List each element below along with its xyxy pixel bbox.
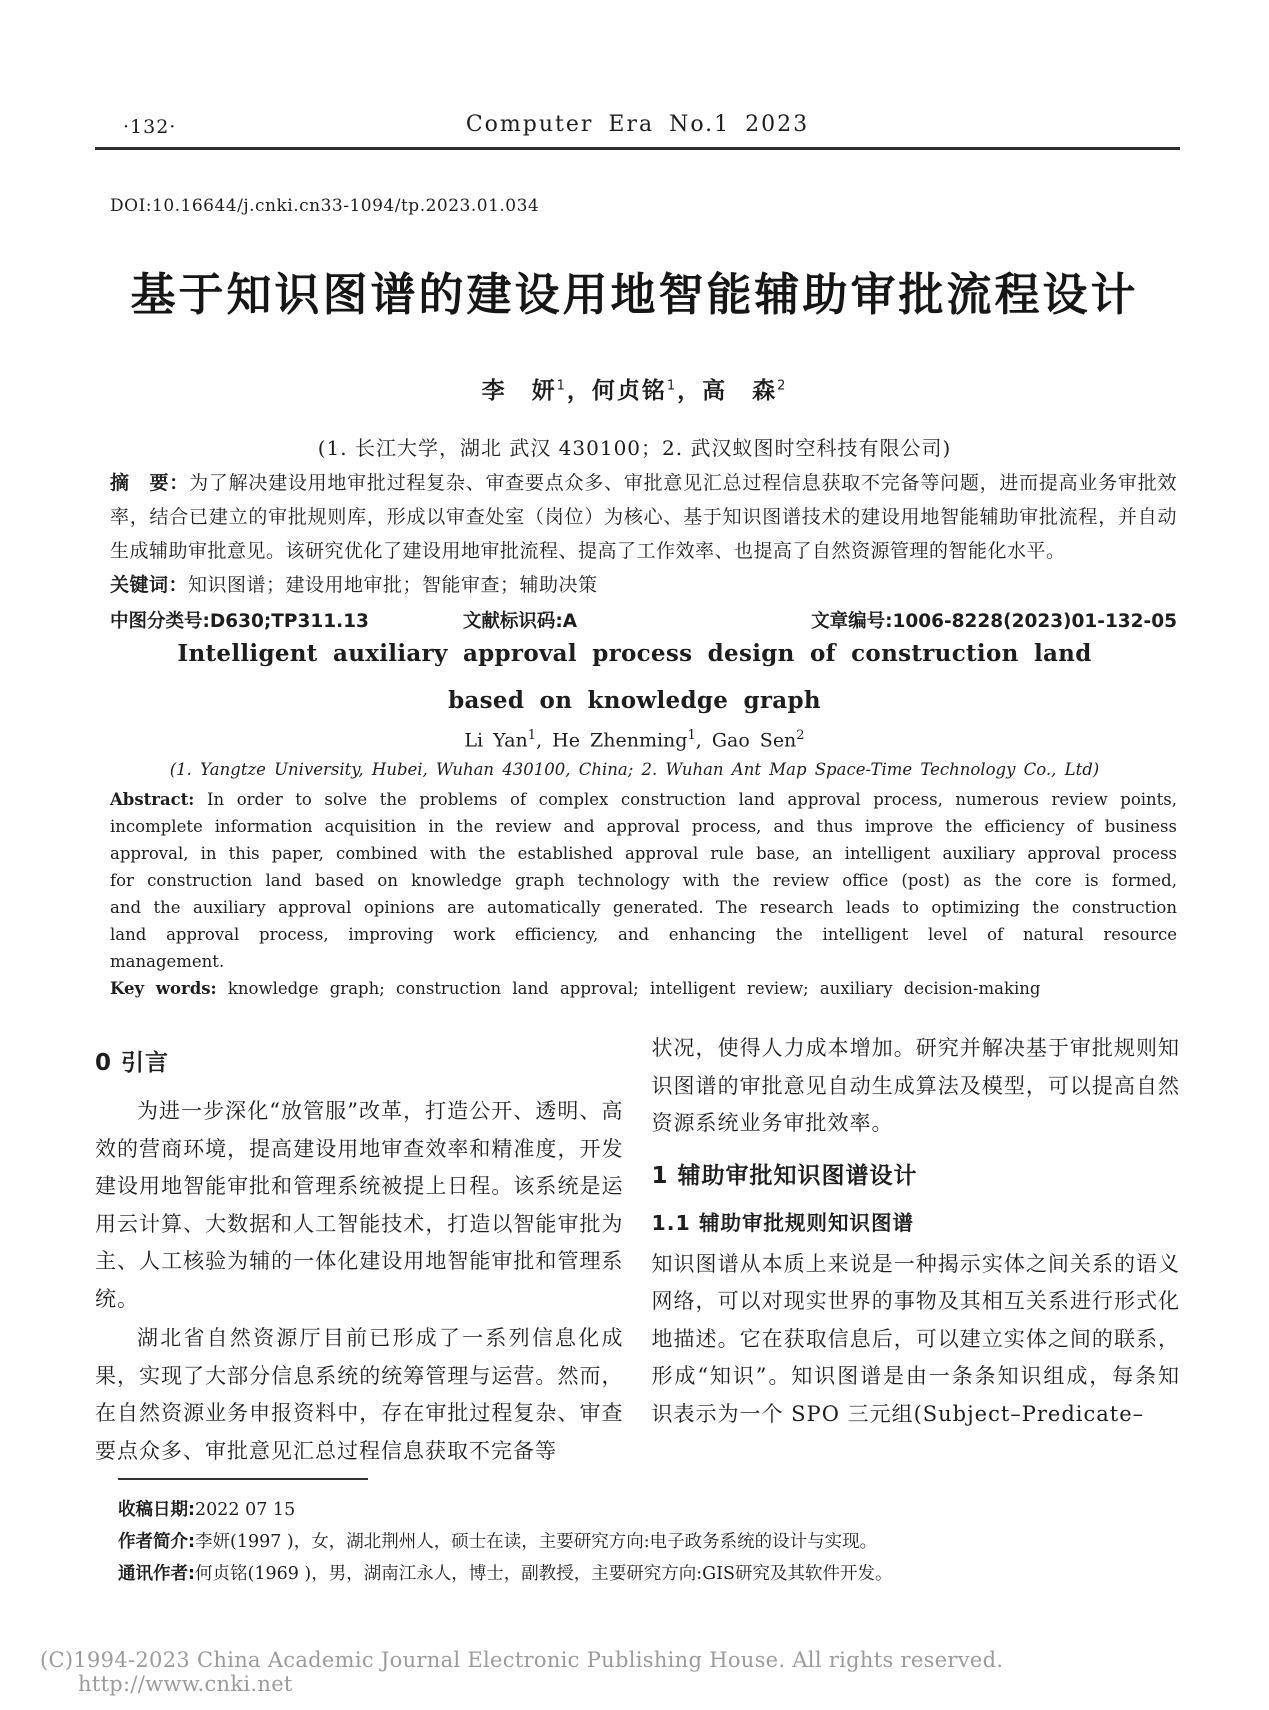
author-name: 何贞铭 bbox=[592, 378, 667, 404]
abstract-en-text: In order to solve the problems of comple… bbox=[110, 790, 1177, 971]
section-heading-1: 1 辅助审批知识图谱设计 bbox=[652, 1157, 1181, 1190]
author-superscript: 1 bbox=[557, 378, 567, 393]
page-header: ·132· Computer Era No.1 2023 bbox=[95, 112, 1180, 146]
footnote-text: 2022 07 15 bbox=[195, 1500, 295, 1520]
author-name: 李 妍 bbox=[482, 378, 557, 404]
keywords-zh-text: 知识图谱；建设用地审批；智能审查；辅助决策 bbox=[188, 574, 598, 596]
affiliation-zh: (1. 长江大学，湖北 武汉 430100；2. 武汉蚁图时空科技有限公司) bbox=[0, 432, 1269, 461]
paragraph: 为进一步深化“放管服”改革，打造公开、透明、高效的营商环境，提高建设用地审查效率… bbox=[95, 1093, 624, 1318]
left-column: 0 引言 为进一步深化“放管服”改革，打造公开、透明、高效的营商环境，提高建设用… bbox=[95, 1030, 624, 1470]
footer-url: http://www.cnki.net bbox=[78, 1672, 293, 1696]
author-separator: ， bbox=[567, 378, 592, 404]
body-columns: 0 引言 为进一步深化“放管服”改革，打造公开、透明、高效的营商环境，提高建设用… bbox=[95, 1030, 1180, 1470]
footnote-received: 收稿日期:2022 07 15 bbox=[118, 1494, 1169, 1526]
footnote-divider bbox=[118, 1478, 368, 1480]
footnote-text: 何贞铭(1969 )，男，湖南江永人，博士，副教授，主要研究方向:GIS研究及其… bbox=[195, 1564, 893, 1584]
author-superscript: 1 bbox=[667, 378, 677, 393]
footer-copyright: (C)1994-2023 China Academic Journal Elec… bbox=[40, 1648, 1003, 1672]
article-title-en-line1: Intelligent auxiliary approval process d… bbox=[0, 630, 1269, 677]
article-title-en-line2: based on knowledge graph bbox=[0, 677, 1269, 724]
keywords-en: Key words: knowledge graph; construction… bbox=[110, 975, 1177, 1002]
keywords-en-text: knowledge graph; construction land appro… bbox=[228, 979, 1041, 998]
footnote-label: 通讯作者: bbox=[118, 1564, 195, 1584]
abstract-zh-text: 为了解决建设用地审批过程复杂、审查要点众多、审批意见汇总过程信息获取不完备等问题… bbox=[110, 472, 1177, 562]
author-superscript: 1 bbox=[687, 728, 695, 743]
footnote-bio: 作者简介:李妍(1997 )，女，湖北荆州人，硕士在读，主要研究方向:电子政务系… bbox=[118, 1526, 1169, 1558]
abstract-en: Abstract: In order to solve the problems… bbox=[110, 786, 1177, 975]
article-title-en: Intelligent auxiliary approval process d… bbox=[0, 630, 1269, 724]
abstract-zh-label: 摘 要： bbox=[110, 472, 189, 494]
author-separator: , bbox=[536, 729, 552, 751]
abstract-block-en: Abstract: In order to solve the problems… bbox=[110, 786, 1177, 1002]
article-title-zh: 基于知识图谱的建设用地智能辅助审批流程设计 bbox=[0, 258, 1269, 323]
authors-en: Li Yan1, He Zhenming1, Gao Sen2 bbox=[0, 728, 1269, 751]
abstract-en-label: Abstract: bbox=[110, 790, 194, 809]
subsection-heading-1-1: 1.1 辅助审批规则知识图谱 bbox=[652, 1206, 1181, 1236]
affiliation-en: (1. Yangtze University, Hubei, Wuhan 430… bbox=[0, 760, 1269, 779]
authors-zh: 李 妍1，何贞铭1，高 森2 bbox=[0, 372, 1269, 405]
author-name: He Zhenming bbox=[552, 729, 687, 751]
section-heading-0: 0 引言 bbox=[95, 1044, 624, 1077]
doi-line: DOI:10.16644/j.cnki.cn33-1094/tp.2023.01… bbox=[110, 196, 539, 216]
keywords-zh-label: 关键词： bbox=[110, 574, 188, 596]
paragraph: 湖北省自然资源厅目前已形成了一系列信息化成果，实现了大部分信息系统的统筹管理与运… bbox=[95, 1320, 624, 1470]
footnotes: 收稿日期:2022 07 15 作者简介:李妍(1997 )，女，湖北荆州人，硕… bbox=[118, 1478, 1169, 1590]
author-superscript: 2 bbox=[796, 728, 804, 743]
author-superscript: 2 bbox=[777, 378, 787, 393]
paragraph: 知识图谱从本质上来说是一种揭示实体之间关系的语义网络，可以对现实世界的事物及其相… bbox=[652, 1246, 1181, 1434]
keywords-en-label: Key words: bbox=[110, 979, 217, 998]
author-name: 高 森 bbox=[702, 378, 777, 404]
footer: (C)1994-2023 China Academic Journal Elec… bbox=[40, 1648, 1249, 1696]
footnote-text: 李妍(1997 )，女，湖北荆州人，硕士在读，主要研究方向:电子政务系统的设计与… bbox=[195, 1532, 877, 1552]
right-column: 状况，使得人力成本增加。研究并解决基于审批规则知识图谱的审批意见自动生成算法及模… bbox=[652, 1030, 1181, 1470]
header-rule bbox=[95, 147, 1180, 150]
footnote-label: 作者简介: bbox=[118, 1532, 195, 1552]
footnote-label: 收稿日期: bbox=[118, 1500, 195, 1520]
keywords-zh: 关键词：知识图谱；建设用地审批；智能审查；辅助决策 bbox=[110, 568, 1177, 602]
author-separator: , bbox=[696, 729, 712, 751]
abstract-block-zh: 摘 要：为了解决建设用地审批过程复杂、审查要点众多、审批意见汇总过程信息获取不完… bbox=[110, 466, 1177, 639]
author-superscript: 1 bbox=[528, 728, 536, 743]
author-name: Gao Sen bbox=[712, 729, 796, 751]
author-separator: ， bbox=[677, 378, 702, 404]
footnote-corresponding: 通讯作者:何贞铭(1969 )，男，湖南江永人，博士，副教授，主要研究方向:GI… bbox=[118, 1558, 1169, 1590]
journal-title: Computer Era No.1 2023 bbox=[95, 112, 1180, 137]
paper-page: ·132· Computer Era No.1 2023 DOI:10.1664… bbox=[0, 0, 1269, 1710]
paragraph: 状况，使得人力成本增加。研究并解决基于审批规则知识图谱的审批意见自动生成算法及模… bbox=[652, 1030, 1181, 1143]
abstract-zh: 摘 要：为了解决建设用地审批过程复杂、审查要点众多、审批意见汇总过程信息获取不完… bbox=[110, 466, 1177, 568]
author-name: Li Yan bbox=[464, 729, 527, 751]
